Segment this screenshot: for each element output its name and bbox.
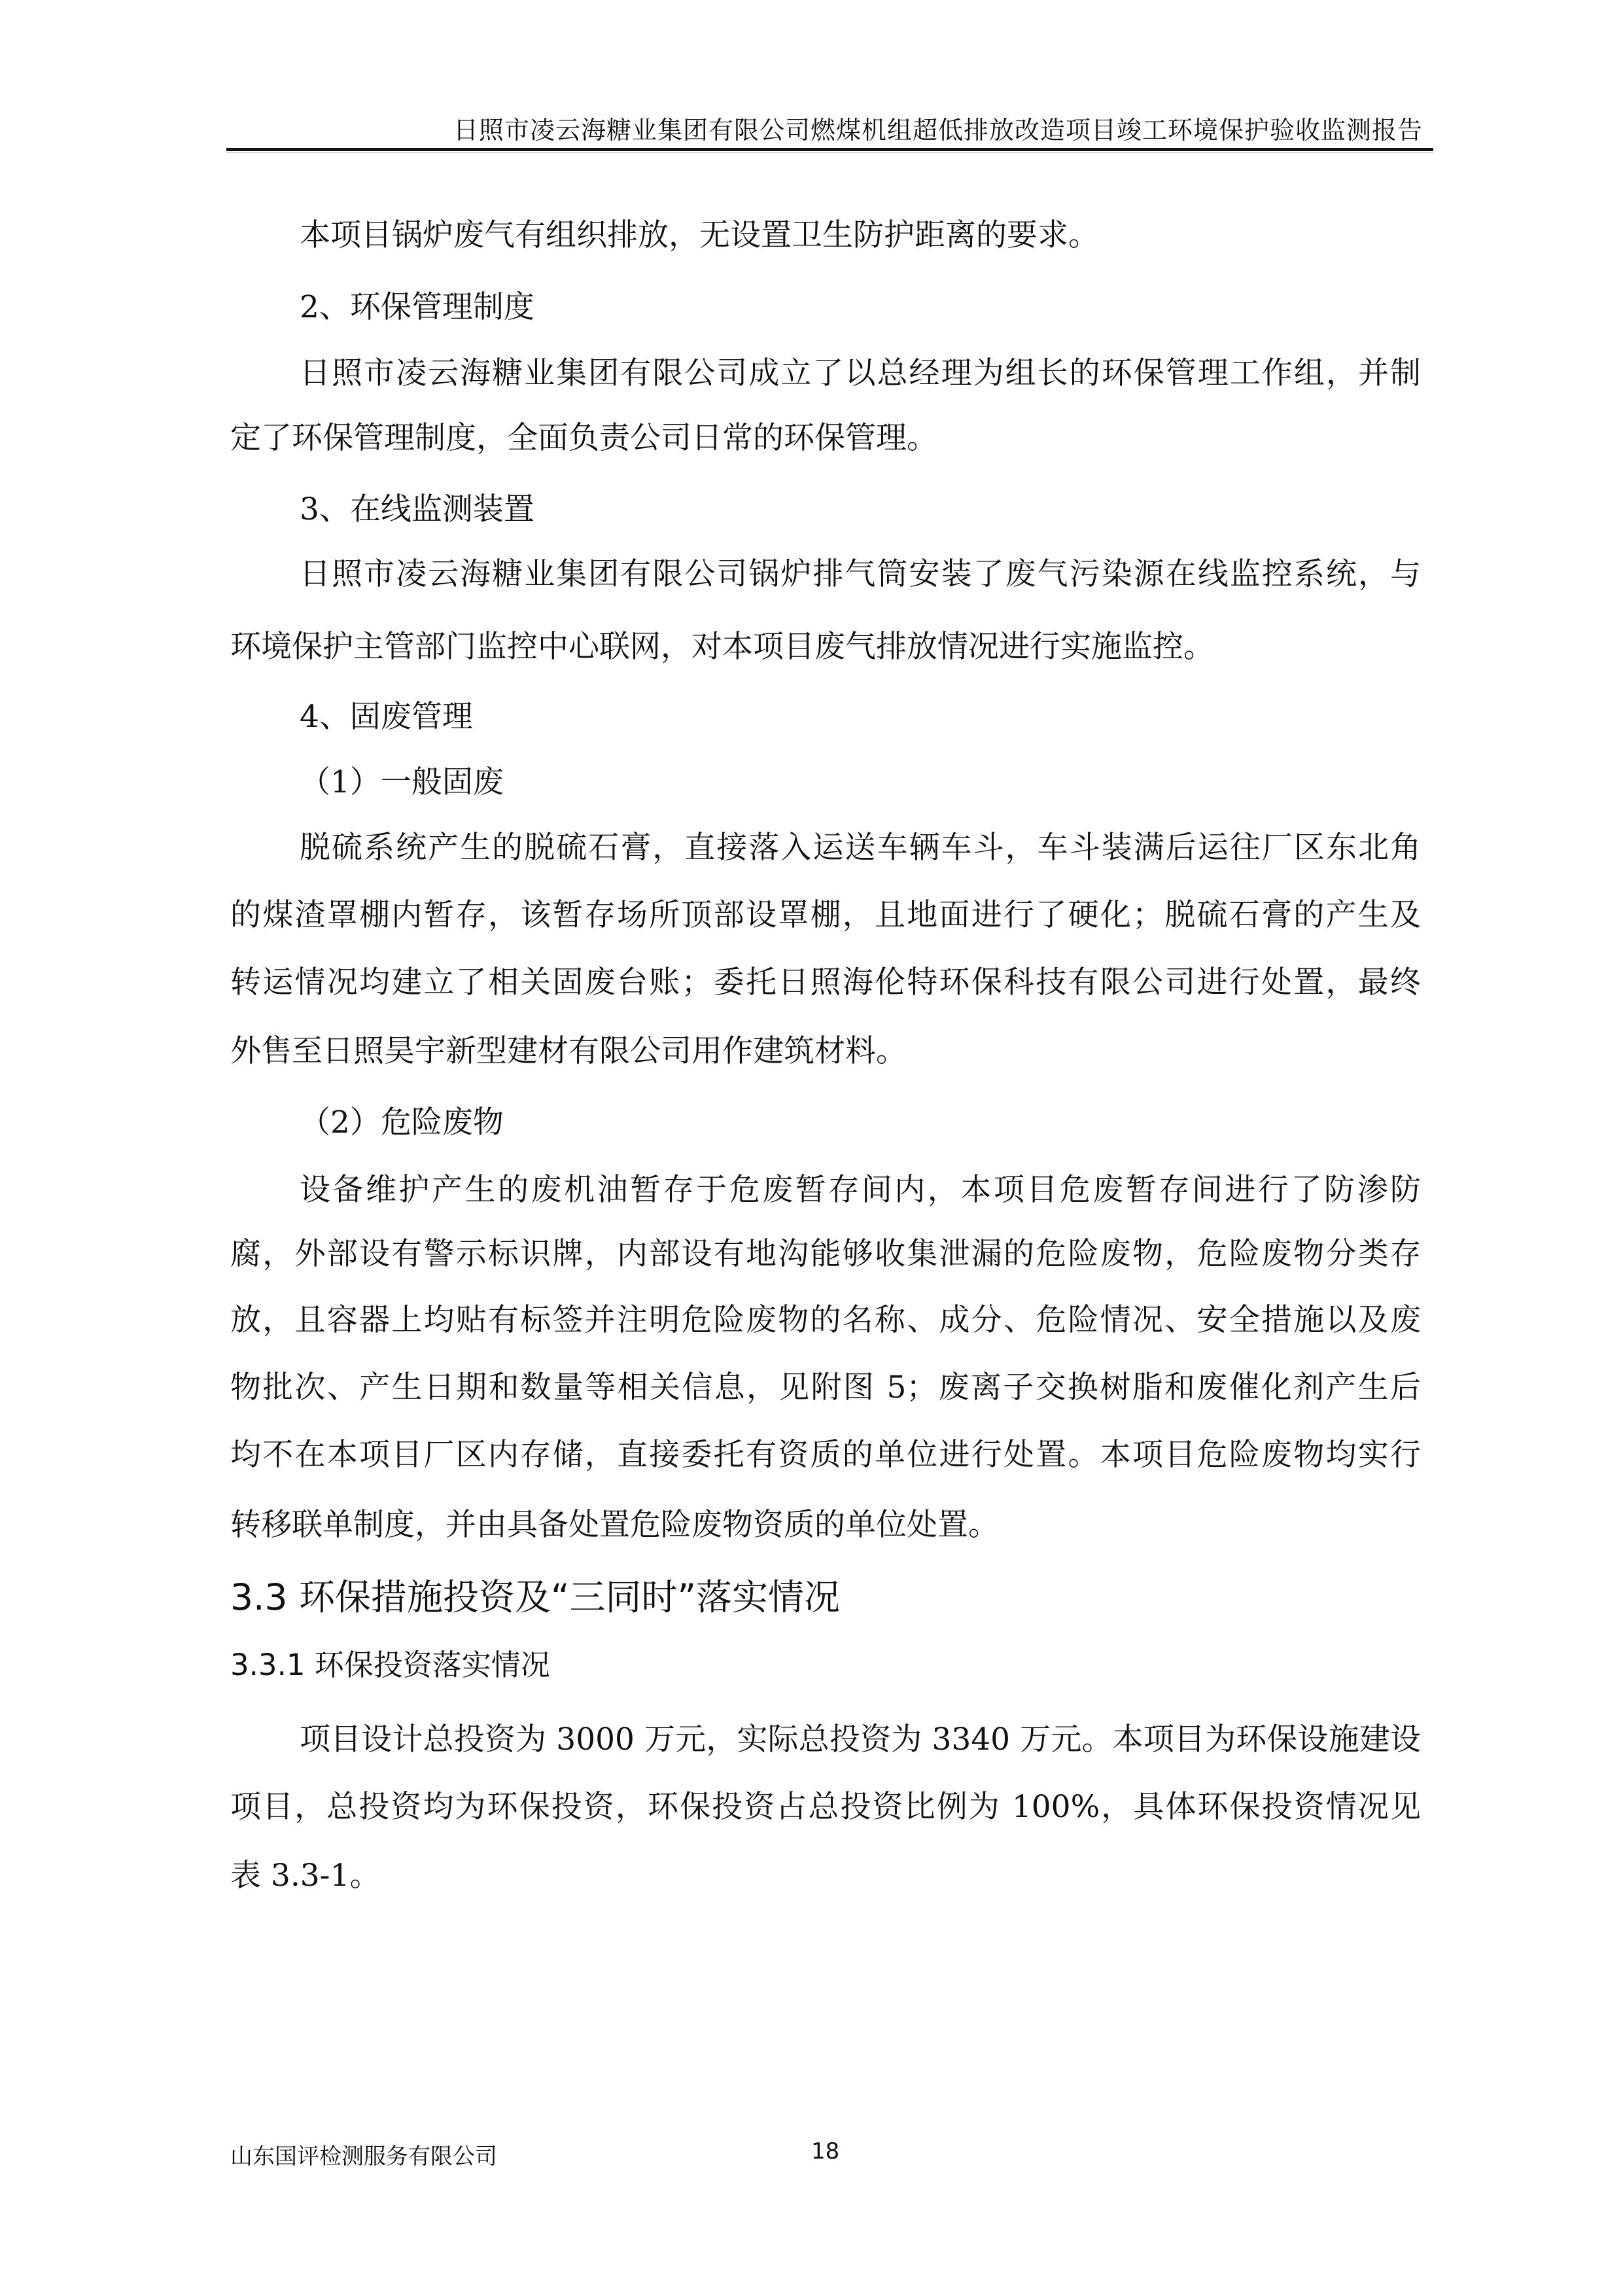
- paragraph-line: 项目设计总投资为 3000 万元，实际总投资为 3340 万元。本项目为环保设施…: [300, 1720, 1421, 1759]
- item-heading: 2、环保管理制度: [300, 288, 1421, 327]
- section-heading-3-3: 3.3 环保措施投资及“三同时”落实情况: [230, 1574, 840, 1620]
- paragraph-line: 脱硫系统产生的脱硫石膏，直接落入运送车辆车斗，车斗装满后运往厂区东北角: [300, 828, 1421, 868]
- paragraph-line: 本项目锅炉废气有组织排放，无设置卫生防护距离的要求。: [300, 216, 1421, 255]
- sub-heading: （2）危险废物: [300, 1103, 1421, 1142]
- paragraph-line: 的煤渣罩棚内暂存，该暂存场所顶部设罩棚，且地面进行了硬化；脱硫石膏的产生及: [230, 896, 1421, 935]
- paragraph-line: 放，且容器上均贴有标签并注明危险废物的名称、成分、危险情况、安全措施以及废: [230, 1301, 1421, 1340]
- paragraph-line: 均不在本项目厂区内存储，直接委托有资质的单位进行处置。本项目危险废物均实行: [230, 1436, 1421, 1475]
- paragraph-line: 物批次、产生日期和数量等相关信息，见附图 5；废离子交换树脂和废催化剂产生后: [230, 1368, 1421, 1407]
- paragraph-line: 转运情况均建立了相关固废台账；委托日照海伦特环保科技有限公司进行处置，最终: [230, 963, 1421, 1002]
- sub-heading: （1）一般固废: [300, 763, 1421, 802]
- paragraph-line: 日照市凌云海糖业集团有限公司成立了以总经理为组长的环保管理工作组，并制: [300, 354, 1421, 393]
- item-heading: 3、在线监测装置: [300, 490, 1421, 529]
- item-heading: 4、固废管理: [300, 698, 1421, 737]
- paragraph-line: 腐，外部设有警示标识牌，内部设有地沟能够收集泄漏的危险废物，危险废物分类存: [230, 1235, 1421, 1274]
- header-title: 日照市凌云海糖业集团有限公司燃煤机组超低排放改造项目竣工环境保护验收监测报告: [453, 110, 1423, 146]
- paragraph-line: 定了环保管理制度，全面负责公司日常的环保管理。: [230, 419, 1421, 458]
- paragraph-line: 项目，总投资均为环保投资，环保投资占总投资比例为 100%，具体环保投资情况见: [230, 1788, 1421, 1827]
- paragraph-line: 外售至日照昊宇新型建材有限公司用作建筑材料。: [230, 1032, 1421, 1071]
- section-heading-3-3-1: 3.3.1 环保投资落实情况: [230, 1646, 550, 1685]
- header-rule: [226, 148, 1433, 151]
- paragraph-line: 表 3.3-1。: [230, 1856, 1421, 1896]
- footer-company: 山东国评检测服务有限公司: [230, 2138, 497, 2170]
- page-number: 18: [811, 2138, 839, 2164]
- paragraph-line: 转移联单制度，并由具备处置危险废物资质的单位处置。: [230, 1506, 1421, 1545]
- paragraph-line: 设备维护产生的废机油暂存于危废暂存间内，本项目危废暂存间进行了防渗防: [300, 1171, 1421, 1210]
- paragraph-line: 日照市凌云海糖业集团有限公司锅炉排气筒安装了废气污染源在线监控系统，与: [300, 555, 1421, 594]
- header-rule-thin: [226, 152, 1433, 153]
- paragraph-line: 环境保护主管部门监控中心联网，对本项目废气排放情况进行实施监控。: [230, 627, 1421, 667]
